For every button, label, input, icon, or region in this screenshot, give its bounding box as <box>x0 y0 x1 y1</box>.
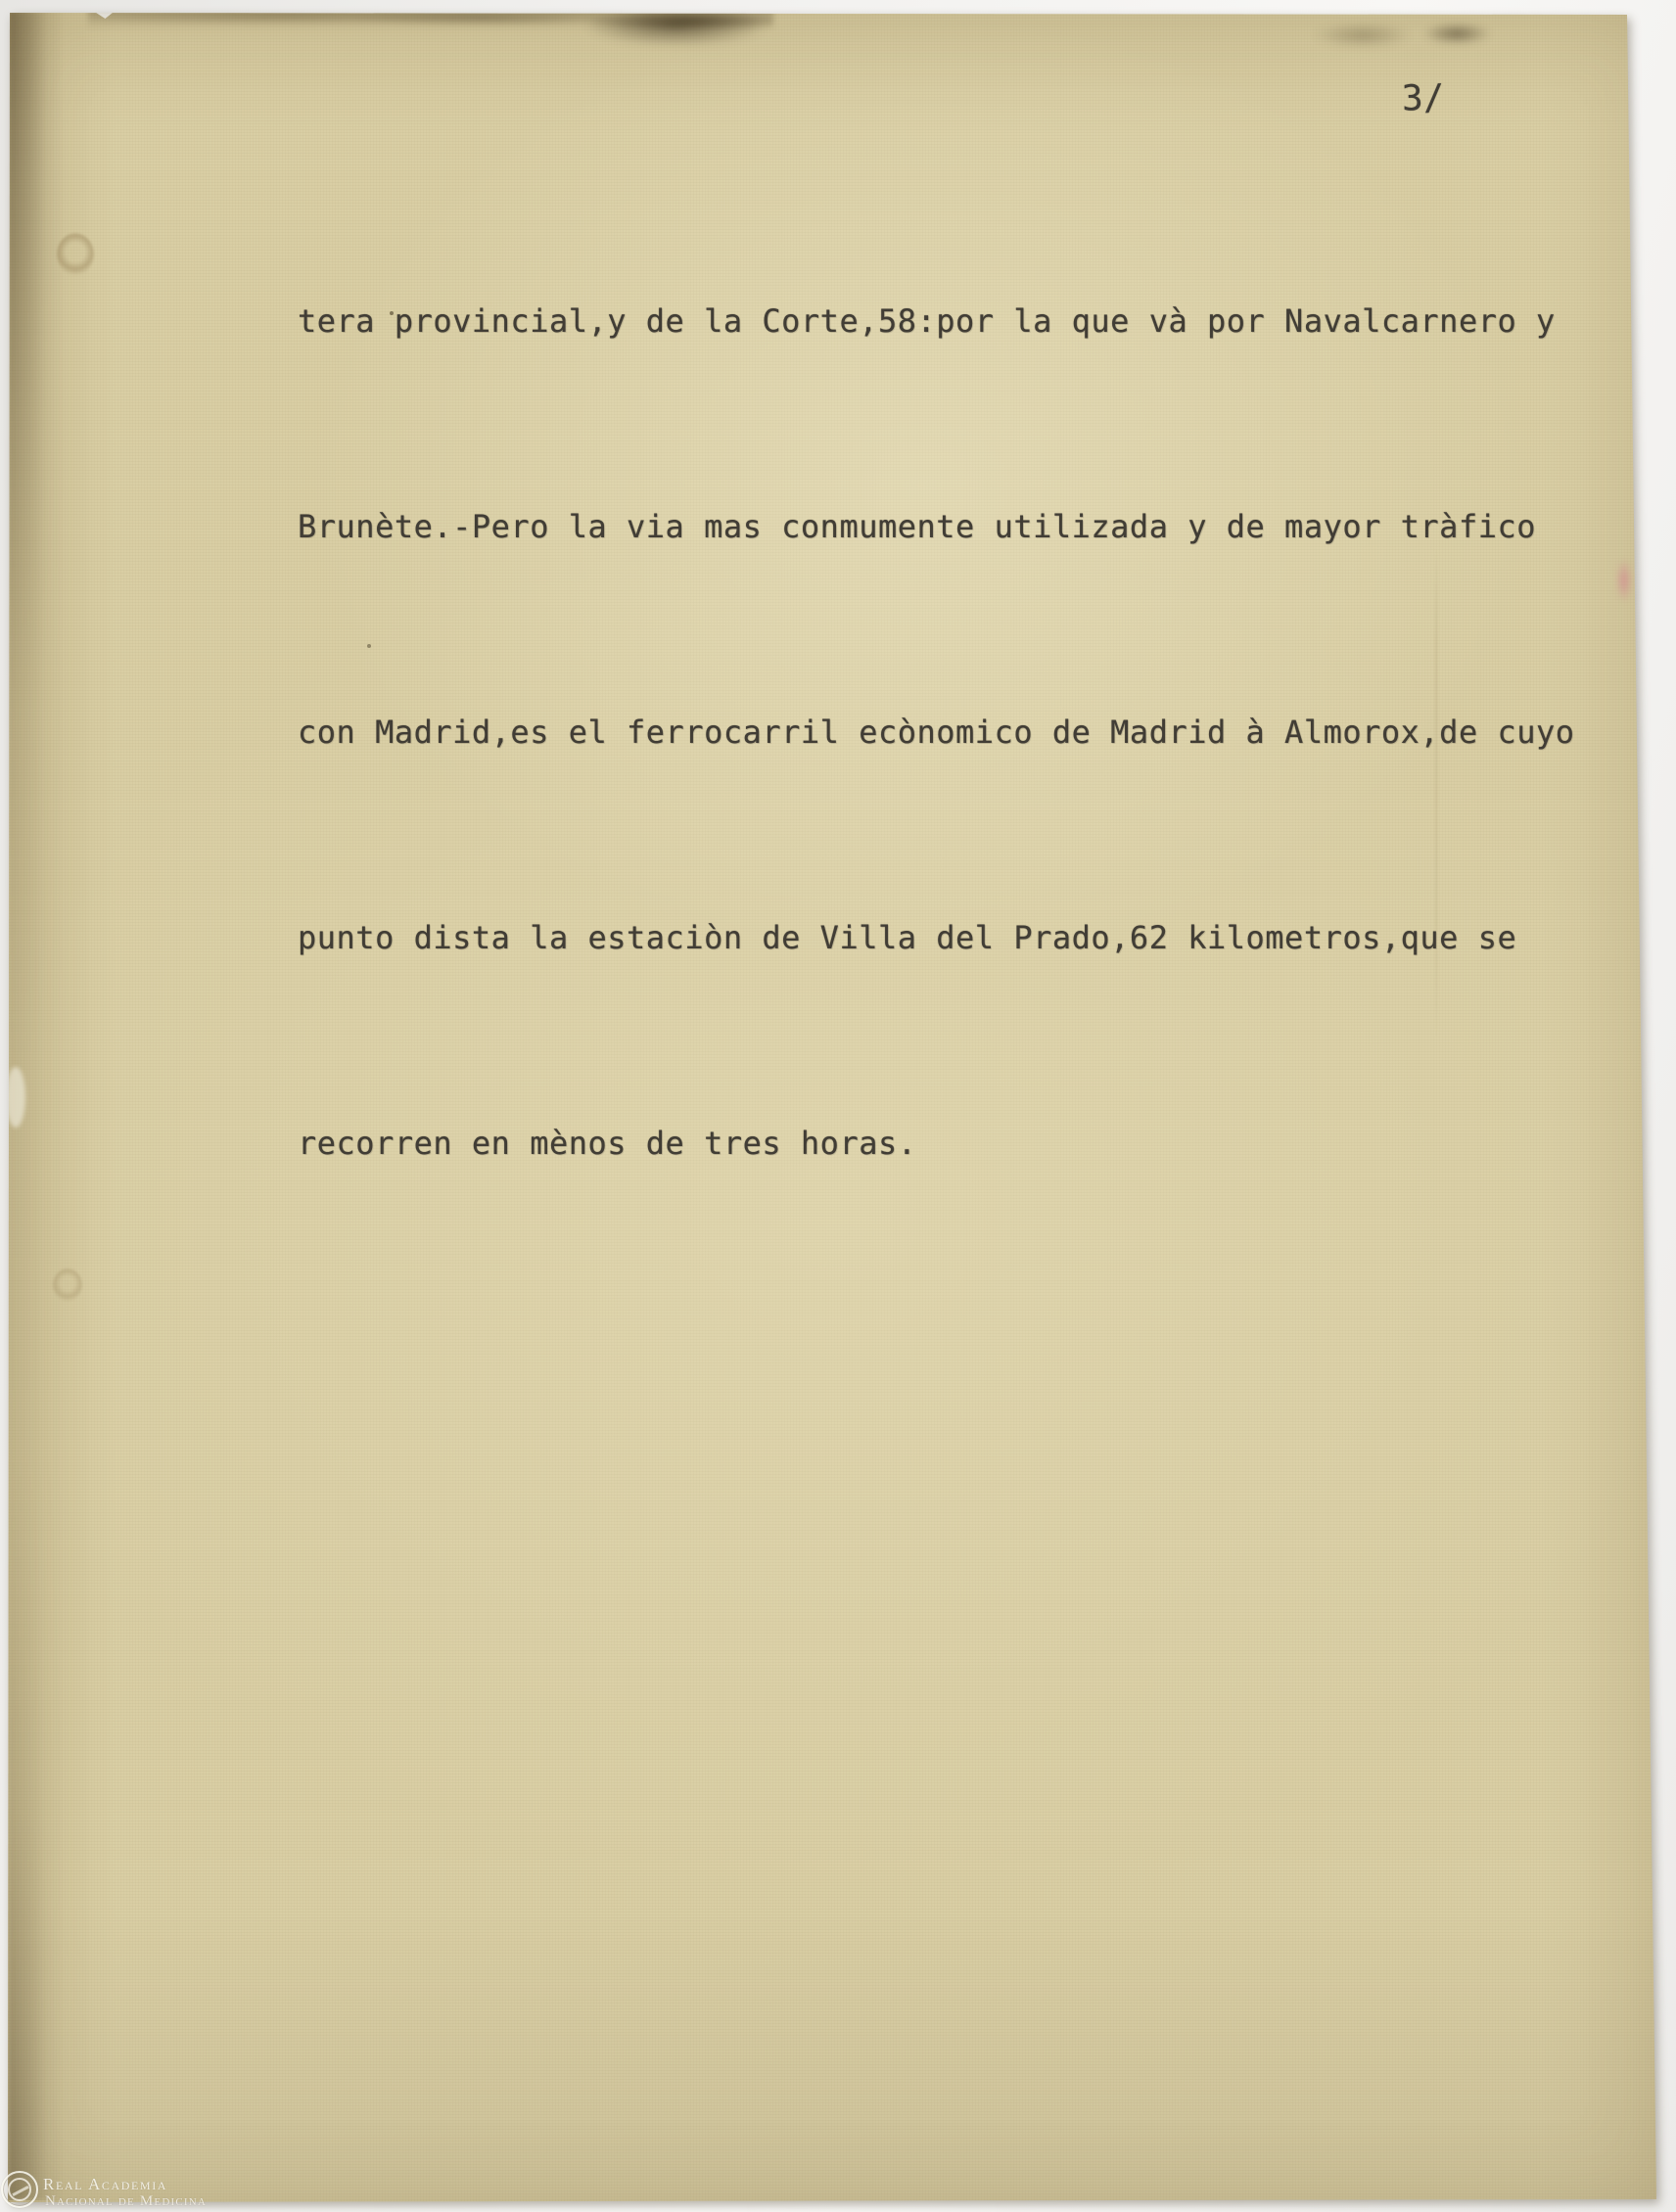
text-line: Brunète.-Pero la via mas conmumente util… <box>298 492 1619 561</box>
ring-mark-upper-left <box>57 233 94 276</box>
ring-mark-lower-left <box>53 1268 82 1302</box>
text-line: recorren en mènos de tres horas. <box>298 1109 1619 1177</box>
stain-top-right <box>1304 20 1500 51</box>
paper-shadow: 3/ tera provincial,y de la Corte,58:por … <box>0 0 1676 2212</box>
text-line: tera provincial,y de la Corte,58:por la … <box>298 287 1619 355</box>
watermark-title: Real Academia <box>43 2175 167 2194</box>
tear-left-middle <box>6 1067 25 1128</box>
watermark-subtitle: Nacional de Medicina <box>45 2193 207 2210</box>
stain-top-center <box>583 4 769 47</box>
typewritten-paragraph: tera provincial,y de la Corte,58:por la … <box>298 150 1619 1314</box>
academy-watermark: Real Academia Nacional de Medicina <box>0 2167 255 2212</box>
paper-sheet: 3/ tera provincial,y de la Corte,58:por … <box>0 0 1676 2212</box>
page-number: 3/ <box>1401 77 1445 118</box>
text-line: punto dista la estaciòn de Villa del Pra… <box>298 903 1619 972</box>
academy-seal-icon <box>1 2171 38 2208</box>
scanned-document: 3/ tera provincial,y de la Corte,58:por … <box>0 0 1676 2212</box>
text-line: con Madrid,es el ferrocarril ecònomico d… <box>298 698 1619 766</box>
